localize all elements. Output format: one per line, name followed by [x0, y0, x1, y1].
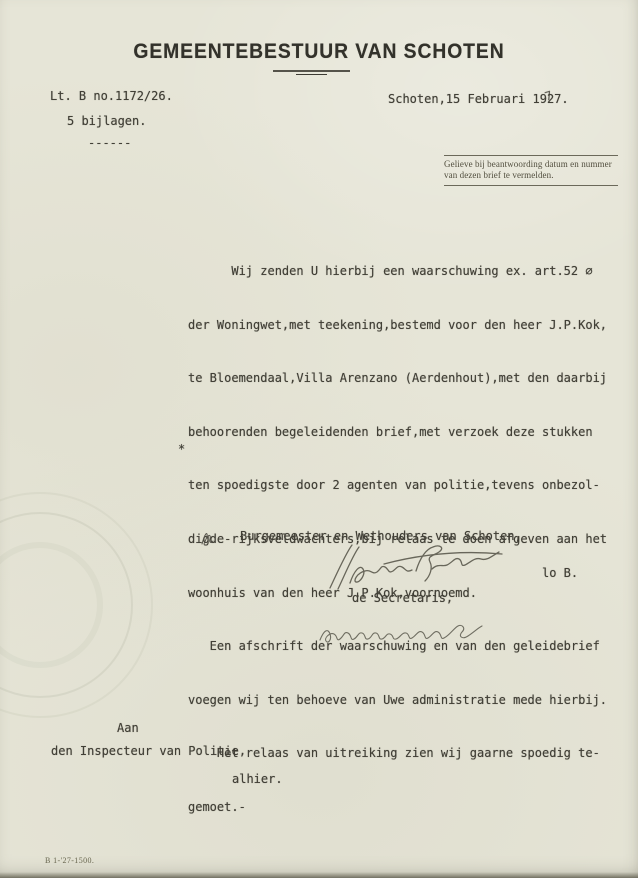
watermark-seal-icon [0, 478, 180, 738]
reply-notice: Gelieve bij beantwoording datum en numme… [444, 155, 618, 186]
body-line: der Woningwet,met teekening,bestemd voor… [188, 313, 607, 339]
signature-secretaris [316, 618, 486, 648]
dateline: Schoten,15 Februari 1927. [388, 92, 569, 106]
separator-dashes: ------ [88, 136, 131, 150]
title-rule-inner [296, 74, 327, 75]
paraaf-mark [199, 528, 215, 548]
body-line: Het relaas van uitreiking zien wij gaarn… [188, 741, 607, 767]
address-line-aan: Aan [117, 721, 139, 735]
enclosures-note: 5 bijlagen. [67, 114, 146, 128]
address-line-alhier: alhier. [232, 772, 283, 786]
print-code: B 1-'27-1500. [45, 856, 94, 865]
body-line: voegen wij ten behoeve van Uwe administr… [188, 688, 607, 714]
letterhead-title: GEMEENTEBESTUUR VAN SCHOTEN [26, 40, 613, 64]
page-bottom-edge [0, 872, 638, 878]
body-line: ten spoedigste door 2 agenten van politi… [188, 473, 607, 499]
reply-notice-line-1: Gelieve bij beantwoording datum en numme… [444, 159, 618, 170]
body-line: te Bloemendaal,Villa Arenzano (Aerdenhou… [188, 366, 607, 392]
title-rule [273, 70, 350, 72]
body-line: Wij zenden U hierbij een waarschuwing ex… [188, 259, 607, 285]
body-line: behoorenden begeleidenden brief,met verz… [188, 420, 607, 446]
address-line-recipient: den Inspecteur van Politie, [51, 744, 246, 758]
letter-page: GEMEENTEBESTUUR VAN SCHOTEN Lt. B no.117… [0, 0, 638, 878]
signature-burgemeester [326, 541, 510, 591]
body-line: gemoet.- [188, 795, 607, 821]
reply-notice-line-2: van dezen brief te vermelden. [444, 170, 618, 181]
reference-number: Lt. B no.1172/26. [50, 89, 173, 103]
margin-mark: * [178, 442, 185, 456]
secretary-label: de Secretaris, [352, 591, 453, 605]
closing-annotation: lo B. [542, 566, 578, 580]
